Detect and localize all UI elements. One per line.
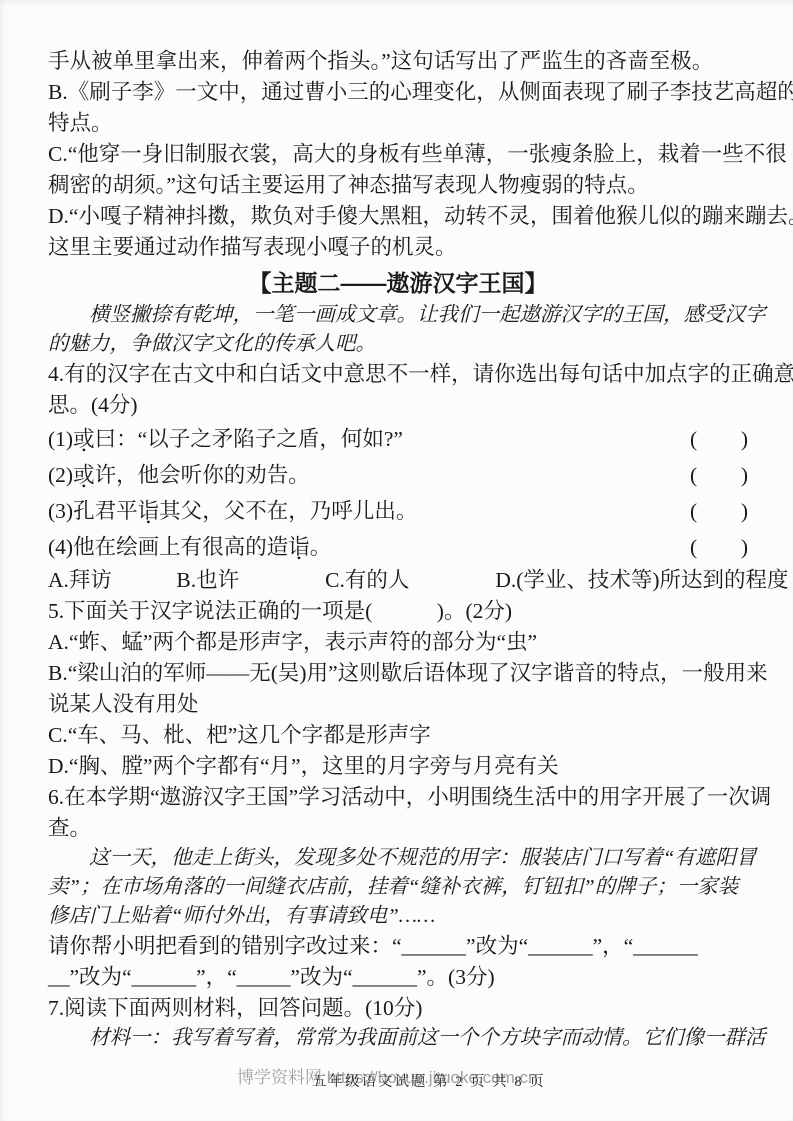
- line-text: C.“他穿一身旧制服衣裳，高大的身板有些单薄，一张瘦条脸上，栽着一些不很: [48, 142, 787, 166]
- text-line: (2)或许，他会听你的劝告。(): [48, 457, 748, 493]
- line-text: 说某人没有用处: [48, 692, 199, 716]
- text-line: 说某人没有用处: [48, 689, 748, 720]
- text-line: B.《刷子李》一文中，通过曹小三的心理变化，从侧面表现了刷子李技艺高超的: [48, 77, 748, 108]
- line-text: (2)或许，他会听你的劝告。: [48, 457, 310, 493]
- text-line: 7.阅读下面两则材料，回答问题。(10分): [48, 993, 748, 1024]
- text-line: 查。: [48, 813, 748, 844]
- text-line: 4.有的汉字在古文中和白话文中意思不一样，请你选出每句话中加点字的正确意: [48, 359, 748, 390]
- text-line: 6.在本学期“遨游汉字王国”学习活动中，小明围绕生活中的用字开展了一次调: [48, 782, 748, 813]
- text-line: D.“小嘎子精神抖擞，欺负对手傻大黑粗，动转不灵，围着他猴儿似的蹦来蹦去。”: [48, 201, 748, 232]
- text-line: 思。(4分): [48, 390, 748, 421]
- line-text: 6.在本学期“遨游汉字王国”学习活动中，小明围绕生活中的用字开展了一次调: [48, 785, 771, 809]
- line-text: 的魅力，争做汉字文化的传承人吧。: [48, 333, 376, 355]
- emphasis-dot-char: 诣: [138, 499, 160, 523]
- line-text: 稠密的胡须。”这句话主要运用了神态描写表现人物瘦弱的特点。: [48, 173, 649, 197]
- line-text: 思。(4分): [48, 393, 138, 417]
- text-line: 特点。: [48, 108, 748, 139]
- line-text: 卖”；在市场角落的一间缝衣店前，挂着“缝补衣裤，钉钮扣”的牌子；一家装: [48, 876, 738, 898]
- line-text: 手从被单里拿出来，伸着两个指头。”这句话写出了严监生的吝啬至极。: [48, 49, 713, 73]
- document-body: 手从被单里拿出来，伸着两个指头。”这句话写出了严监生的吝啬至极。B.《刷子李》一…: [48, 46, 748, 1053]
- line-text: 查。: [48, 816, 91, 840]
- text-line: 卖”；在市场角落的一间缝衣店前，挂着“缝补衣裤，钉钮扣”的牌子；一家装: [48, 873, 748, 902]
- text-line: 5.下面关于汉字说法正确的一项是( )。(2分): [48, 596, 748, 627]
- line-text: 请你帮小明把看到的错别字改过来：“______”改为“______”，“____…: [48, 934, 698, 958]
- text-line: (3)孔君平诣其父，父不在，乃呼儿出。(): [48, 493, 748, 529]
- line-text: C.“车、马、枇、杷”这几个字都是形声字: [48, 723, 431, 747]
- text-line: 手从被单里拿出来，伸着两个指头。”这句话写出了严监生的吝啬至极。: [48, 46, 748, 77]
- line-text: 这里主要通过动作描写表现小嘎子的机灵。: [48, 235, 457, 259]
- text-line: 这里主要通过动作描写表现小嘎子的机灵。: [48, 232, 748, 263]
- answer-bracket: (): [690, 493, 748, 529]
- line-text: D.“小嘎子精神抖擞，欺负对手傻大黑粗，动转不灵，围着他猴儿似的蹦来蹦去。”: [48, 204, 793, 228]
- text-line: 的魅力，争做汉字文化的传承人吧。: [48, 330, 748, 359]
- text-line: 稠密的胡须。”这句话主要运用了神态描写表现人物瘦弱的特点。: [48, 170, 748, 201]
- exam-page: 手从被单里拿出来，伸着两个指头。”这句话写出了严监生的吝啬至极。B.《刷子李》一…: [0, 0, 793, 1121]
- text-line: C.“车、马、枇、杷”这几个字都是形声字: [48, 720, 748, 751]
- text-line: A.“蚱、蜢”两个都是形声字，表示声符的部分为“虫”: [48, 627, 748, 658]
- line-text: 5.下面关于汉字说法正确的一项是( )。(2分): [48, 599, 512, 623]
- text-line: 材料一：我写着写着，常常为我面前这一个个方块字而动情。它们像一群活: [48, 1024, 748, 1053]
- line-text: (1)或曰：“以子之矛陷子之盾，何如?”: [48, 421, 403, 457]
- text-line: (1)或曰：“以子之矛陷子之盾，何如?”(): [48, 421, 748, 457]
- page-footer: 博学资料网 https://boxue.jituoke.com.cn 五年级语文…: [0, 1063, 793, 1097]
- line-text: 修店门上贴着“师付外出，有事请致电”……: [48, 905, 435, 927]
- text-line: 修店门上贴着“师付外出，有事请致电”……: [48, 902, 748, 931]
- line-text: (4)他在绘画上有很高的造诣。: [48, 529, 331, 565]
- line-text: __”改为“______”，“_____”改为“______”。(3分): [48, 965, 495, 989]
- line-text: (3)孔君平诣其父，父不在，乃呼儿出。: [48, 493, 417, 529]
- text-line: B.“梁山泊的军师——无(吴)用”这则歇后语体现了汉字谐音的特点，一般用来: [48, 658, 748, 689]
- line-text: D.“胸、膛”两个字都有“月”，这里的月字旁与月亮有关: [48, 754, 559, 778]
- line-text: A.“蚱、蜢”两个都是形声字，表示声符的部分为“虫”: [48, 630, 537, 654]
- emphasis-dot-char: 或: [73, 463, 95, 487]
- text-line: 这一天，他走上街头，发现多处不规范的用字：服装店门口写着“有遮阳冒: [48, 844, 748, 873]
- line-text: 这一天，他走上街头，发现多处不规范的用字：服装店门口写着“有遮阳冒: [89, 847, 756, 869]
- line-text: 7.阅读下面两则材料，回答问题。(10分): [48, 996, 422, 1020]
- line-text: 4.有的汉字在古文中和白话文中意思不一样，请你选出每句话中加点字的正确意: [48, 362, 793, 386]
- line-text: B.“梁山泊的军师——无(吴)用”这则歇后语体现了汉字谐音的特点，一般用来: [48, 661, 768, 685]
- text-line: C.“他穿一身旧制服衣裳，高大的身板有些单薄，一张瘦条脸上，栽着一些不很: [48, 139, 748, 170]
- emphasis-dot-char: 诣: [288, 535, 310, 559]
- line-text: A.拜访 B.也许 C.有的人 D.(学业、技术等)所达到的程度: [48, 568, 789, 592]
- text-line: 请你帮小明把看到的错别字改过来：“______”改为“______”，“____…: [48, 931, 748, 962]
- text-line: A.拜访 B.也许 C.有的人 D.(学业、技术等)所达到的程度: [48, 565, 748, 596]
- text-line: __”改为“______”，“_____”改为“______”。(3分): [48, 962, 748, 993]
- answer-bracket: (): [690, 529, 748, 565]
- line-text: B.《刷子李》一文中，通过曹小三的心理变化，从侧面表现了刷子李技艺高超的: [48, 80, 793, 104]
- line-text: 特点。: [48, 111, 113, 135]
- line-text: 【主题二——遨游汉字王国】: [249, 270, 548, 296]
- text-line: D.“胸、膛”两个字都有“月”，这里的月字旁与月亮有关: [48, 751, 748, 782]
- text-line: (4)他在绘画上有很高的造诣。(): [48, 529, 748, 565]
- text-line: 横竖撇捺有乾坤，一笔一画成文章。让我们一起遨游汉字的王国，感受汉字: [48, 301, 748, 330]
- answer-bracket: (): [690, 421, 748, 457]
- line-text: 横竖撇捺有乾坤，一笔一画成文章。让我们一起遨游汉字的王国，感受汉字: [89, 304, 766, 326]
- page-number: 五年级语文试题 第 2 页 共 8 页: [312, 1070, 546, 1091]
- emphasis-dot-char: 或: [73, 427, 95, 451]
- answer-bracket: (): [690, 457, 748, 493]
- line-text: 材料一：我写着写着，常常为我面前这一个个方块字而动情。它们像一群活: [89, 1027, 766, 1049]
- text-line: 【主题二——遨游汉字王国】: [48, 265, 748, 301]
